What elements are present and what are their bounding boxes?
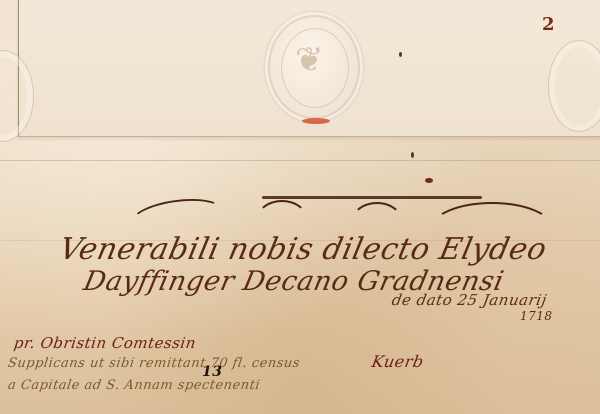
docket-line-3: a Capitale ad S. Annam spectenenti [7, 378, 261, 393]
address-line-1: Venerabili nobis dilecto Elydeo [56, 232, 550, 267]
docket-number: 13 [202, 364, 222, 380]
address-year: 1718 [520, 309, 553, 323]
eagle-crest-icon: ❦ [295, 40, 324, 80]
red-wax-trace [302, 118, 330, 124]
docket-line-2: Supplicans ut sibi remittant 70 fl. cens… [7, 356, 301, 371]
docket-line-1: pr. Obristin Comtessin [13, 334, 198, 352]
corner-number-mark: 2 [542, 14, 555, 35]
embossed-seal: ❦ [265, 12, 363, 122]
fold-crease [0, 160, 600, 161]
address-date: de dato 25 Januarij [390, 291, 548, 309]
ink-spot [399, 52, 402, 57]
top-flourish-line [262, 196, 482, 199]
ink-spot [425, 178, 433, 183]
ink-spot [411, 152, 414, 158]
docket-signature: Kuerb [370, 352, 425, 371]
